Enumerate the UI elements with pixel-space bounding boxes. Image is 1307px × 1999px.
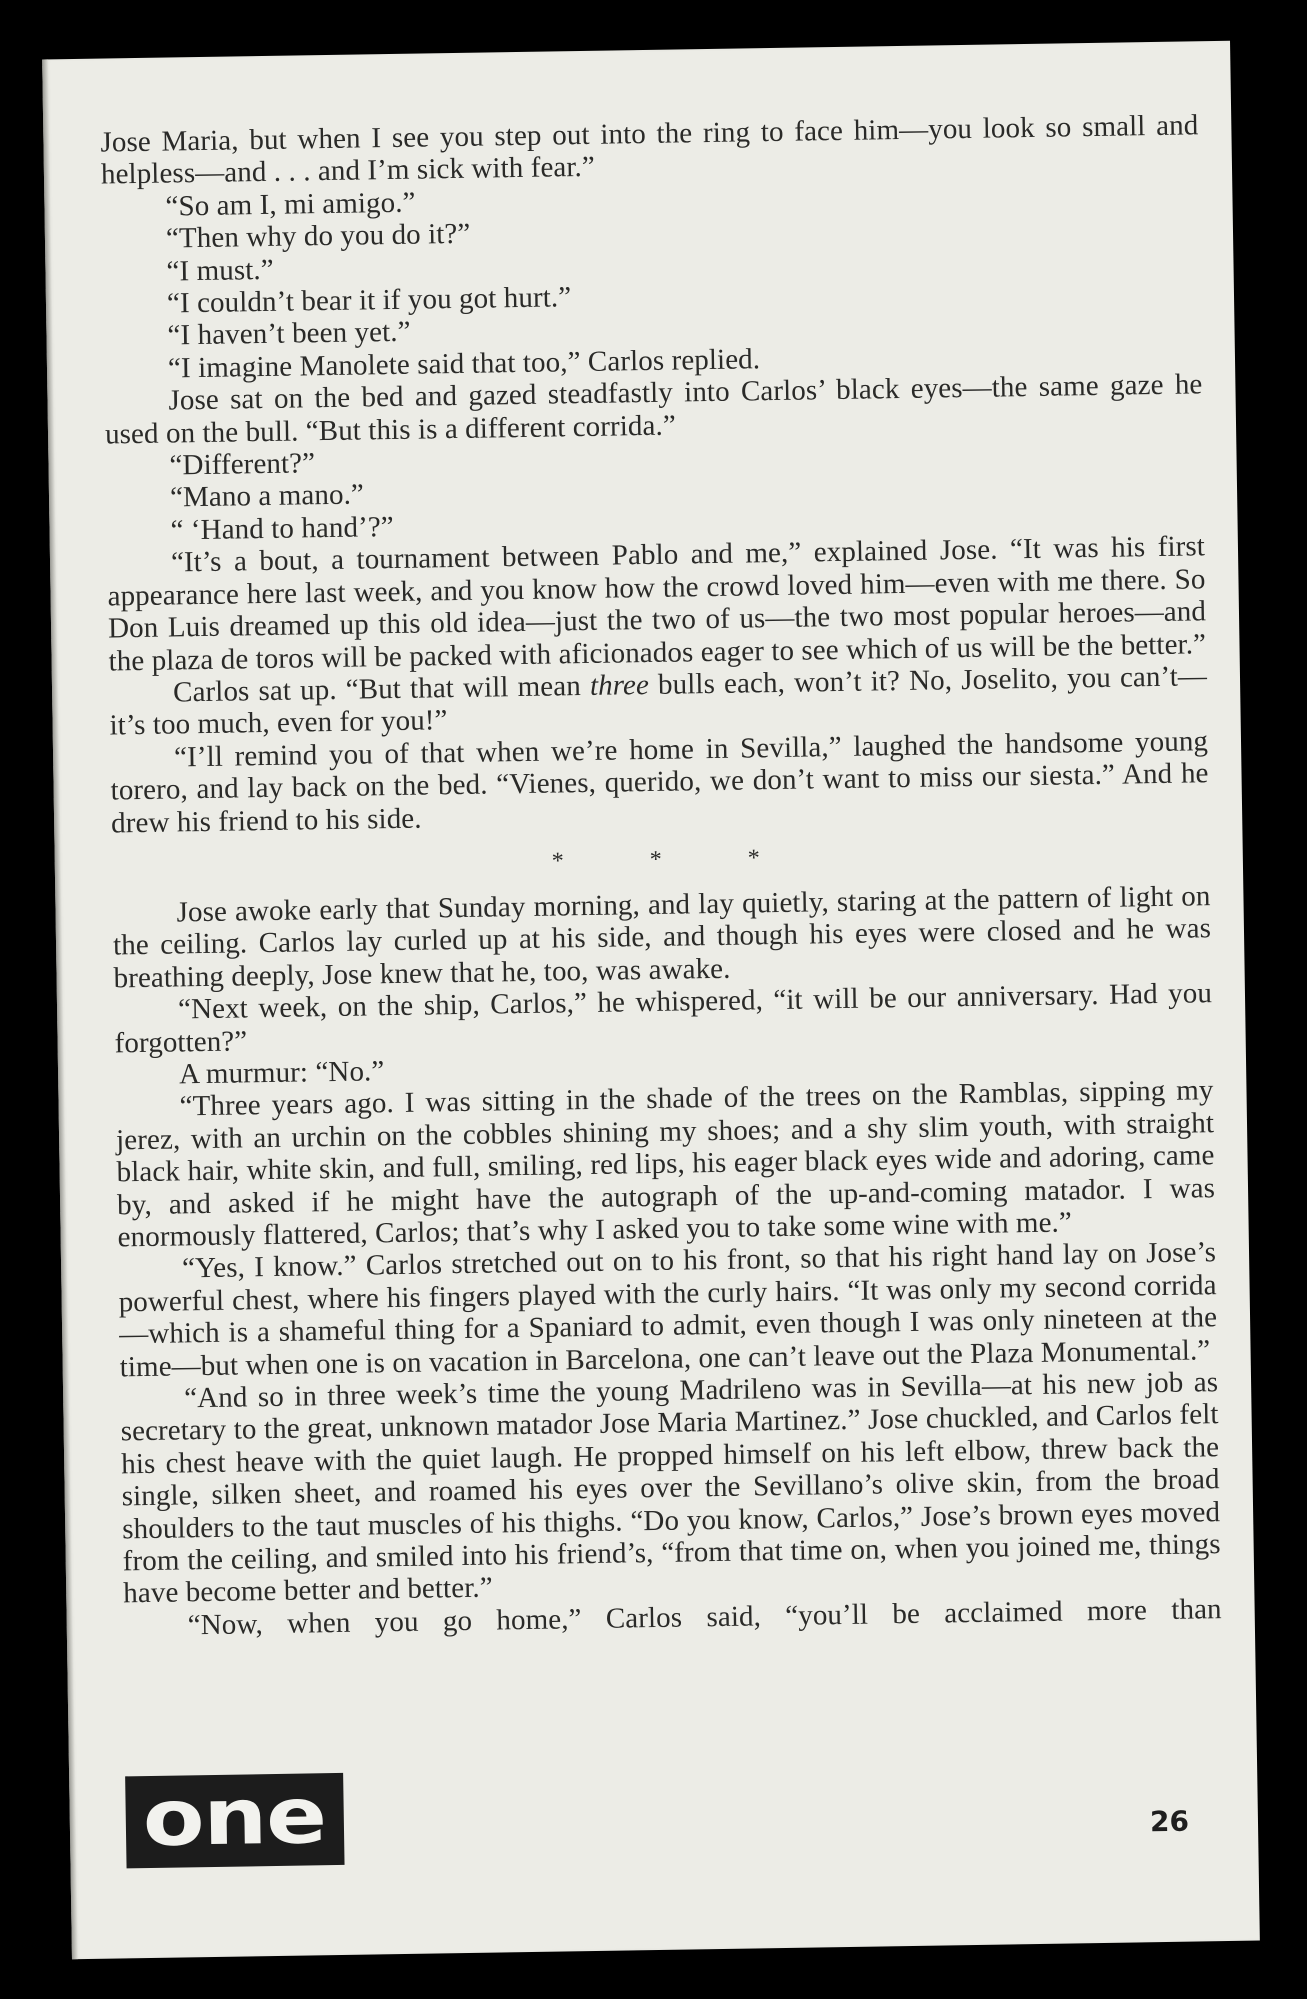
paragraph: “And so in three week’s time the young M… [120,1366,1221,1610]
paragraph: “It’s a bout, a tournament between Pablo… [107,531,1207,678]
paragraph: Jose awoke early that Sunday morning, an… [112,880,1211,994]
page-number: 26 [1150,1805,1189,1839]
magazine-logo: one [125,1773,344,1868]
logo-text: one [143,1777,327,1858]
magazine-page: Jose Maria, but when I see you step out … [42,41,1260,1959]
paragraph: “I’ll remind you of that when we’re home… [110,725,1209,839]
paragraph: “Three years ago. I was sitting in the s… [115,1075,1215,1254]
page-edge [42,59,78,1959]
paragraph-text: Carlos sat up. “But that will mean [173,670,590,709]
paragraph: “Yes, I know.” Carlos stretched out on t… [118,1237,1218,1384]
emphasized-word: three [590,669,650,702]
story-text: Jose Maria, but when I see you step out … [100,109,1222,1642]
section-break: * * * [142,836,1210,883]
